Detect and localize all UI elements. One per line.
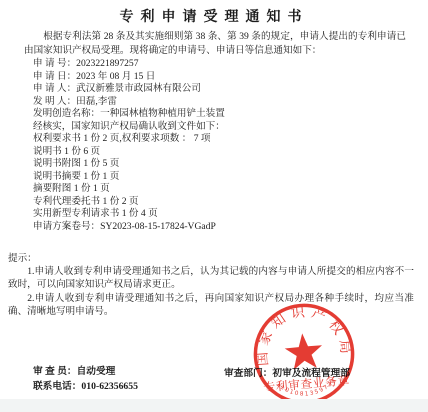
field-verified-note: 经核实，国家知识产权局确认收到文件如下： xyxy=(33,121,413,134)
field-description: 说明书 1 份 6 页 xyxy=(33,146,413,159)
field-applicant: 申 请 人：武汉新雅景市政园林有限公司 xyxy=(33,83,413,96)
field-abstract: 说明书摘要 1 份 1 页 xyxy=(33,171,413,184)
field-docket-number: 申请方案卷号：SY2023-08-15-17824-VGadP xyxy=(33,221,413,234)
field-description-drawings: 说明书附图 1 份 5 页 xyxy=(33,158,413,171)
hints-section: 提示： 1.申请人收到专利申请受理通知书之后，认为其记载的内容与申请人所提交的相… xyxy=(8,252,414,318)
patent-acceptance-notice: 专利申请受理通知书 根据专利法第 28 条及其实施细则第 38 条、第 39 条… xyxy=(0,0,428,412)
field-abstract-drawing: 摘要附图 1 份 1 页 xyxy=(33,183,413,196)
stamp-serial-number: 1101081359734 xyxy=(274,376,339,400)
hint-item-1: 1.申请人收到专利申请受理通知书之后，认为其记载的内容与申请人所提交的相应内容不… xyxy=(8,265,414,291)
intro-paragraph: 根据专利法第 28 条及其实施细则第 38 条、第 39 条的规定，申请人提出的… xyxy=(24,30,406,57)
field-invention-title: 发明创造名称：一种园林植物种植用铲土装置 xyxy=(33,108,413,121)
hints-heading: 提示： xyxy=(8,252,414,265)
field-power-of-attorney: 专利代理委托书 1 份 2 页 xyxy=(33,196,413,209)
page-title: 专利申请受理通知书 xyxy=(0,6,428,26)
field-application-number: 申 请 号：2023221897257 xyxy=(33,58,413,71)
field-inventor: 发 明 人：田磊,李雷 xyxy=(33,96,413,109)
field-claims: 权利要求书 1 份 2 页,权利要求项数 ： 7 项 xyxy=(33,133,413,146)
field-application-date: 申 请 日：2023 年 08 月 15 日 xyxy=(33,71,413,84)
hint-item-2: 2.申请人收到专利申请受理通知书之后，再向国家知识产权局办理各种手续时，均应当准… xyxy=(8,292,414,318)
examiner-line: 审 查 员：自动受理 xyxy=(33,365,138,380)
bottom-band xyxy=(0,399,428,412)
department-line: 审查部门：初审及流程管理部 xyxy=(224,365,350,379)
svg-text:1101081359734: 1101081359734 xyxy=(274,376,339,400)
phone-line: 联系电话：010-62356655 xyxy=(33,380,138,395)
field-request-form: 实用新型专利请求书 1 份 4 页 xyxy=(33,208,413,221)
footer-left: 审 查 员：自动受理 联系电话：010-62356655 xyxy=(33,365,138,394)
application-fields: 申 请 号：2023221897257 申 请 日：2023 年 08 月 15… xyxy=(33,58,413,233)
